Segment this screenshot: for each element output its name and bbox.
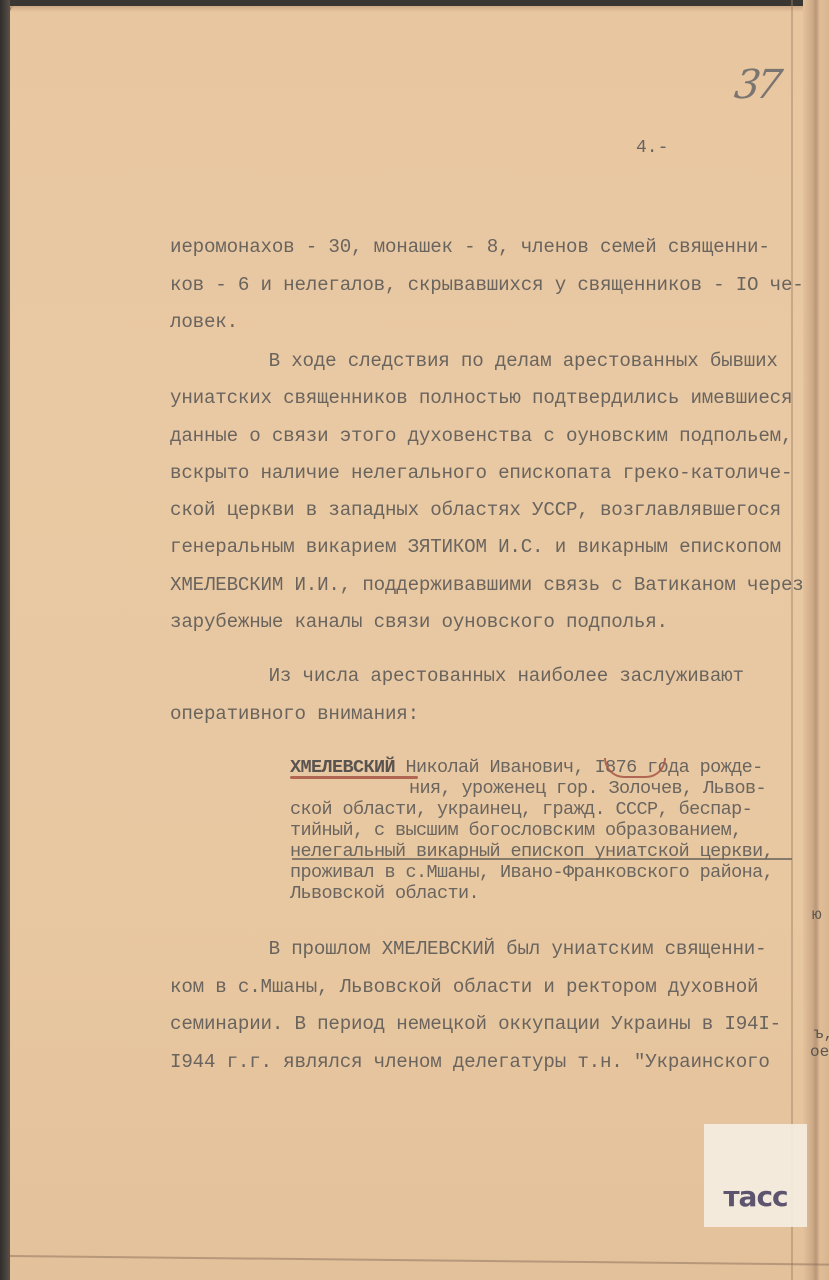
page-binding-edge <box>803 0 829 1280</box>
profile-line-3: ской области, украинец, гражд. СССР, бес… <box>290 799 752 820</box>
paragraph-3-line-1: Из числа арестованных наиболее заслужива… <box>212 665 744 687</box>
paragraph-2-line-2: униатских священников полностью подтверд… <box>170 387 792 409</box>
tass-watermark: тасс <box>704 1124 807 1227</box>
profile-line-4: тийный, с высшим богословским образовани… <box>290 820 742 841</box>
margin-fragment-3: ое <box>810 1043 829 1061</box>
red-pencil-underline-name <box>290 776 418 779</box>
handwritten-sheet-number: 37 <box>732 62 781 108</box>
paragraph-2-line-6: генеральным викарием ЗЯТИКОМ И.С. и вика… <box>170 536 781 558</box>
profile-line-1: ХМЕЛЕВСКИЙ Николай Иванович, I876 года р… <box>290 757 763 778</box>
paragraph-1-line-1: иеромонахов - 30, монашек - 8, членов се… <box>170 236 770 258</box>
paragraph-2-line-4: вскрыто наличие нелегального епископата … <box>170 462 792 484</box>
page-number: 4.- <box>636 138 668 158</box>
paragraph-2-line-7: ХМЕЛЕВСКИМ И.И., поддерживавшими связь с… <box>170 574 804 596</box>
paragraph-2-line-3: данные о связи этого духовенства с оунов… <box>170 425 792 447</box>
paragraph-4-line-1: В прошлом ХМЕЛЕВСКИЙ был униатским свяще… <box>212 938 766 960</box>
scan-background-edge <box>0 0 10 1280</box>
paragraph-3-line-2: оперативного внимания: <box>170 703 419 725</box>
page-fold-line <box>791 0 793 1280</box>
profile-name: ХМЕЛЕВСКИЙ <box>290 757 395 778</box>
margin-fragment-1: ю <box>812 906 822 924</box>
paragraph-4-line-4: I944 г.г. являлся членом делегатуры т.н.… <box>170 1051 770 1073</box>
margin-fragment-2: ъ, <box>814 1025 829 1043</box>
profile-line-7: Львовской области. <box>290 883 479 904</box>
profile-name-rest: Николай Иванович, <box>395 757 595 778</box>
paragraph-2-line-1: В ходе следствия по делам арестованных б… <box>212 350 778 372</box>
paragraph-2-line-5: ской церкви в западных областях УССР, во… <box>170 499 781 521</box>
paragraph-4-line-2: ком в с.Мшаны, Львовской области и ректо… <box>170 976 758 998</box>
paragraph-4-line-3: семинарии. В период немецкой оккупации У… <box>170 1013 781 1035</box>
profile-line-6: проживал в с.Мшаны, Ивано-Франковского р… <box>290 862 773 883</box>
pencil-underline-bishop <box>292 858 792 860</box>
document-page <box>10 6 829 1280</box>
tass-logo-text: тасс <box>723 1180 787 1213</box>
paragraph-1-line-3: ловек. <box>170 311 238 333</box>
profile-line-2: ния, уроженец гор. Золочев, Львов- <box>409 778 766 799</box>
page-top-shadow <box>10 6 829 12</box>
paragraph-2-line-8: зарубежные каналы связи оуновского подпо… <box>170 611 668 633</box>
paragraph-1-line-2: ков - 6 и нелегалов, скрывавшихся у свящ… <box>170 274 804 296</box>
